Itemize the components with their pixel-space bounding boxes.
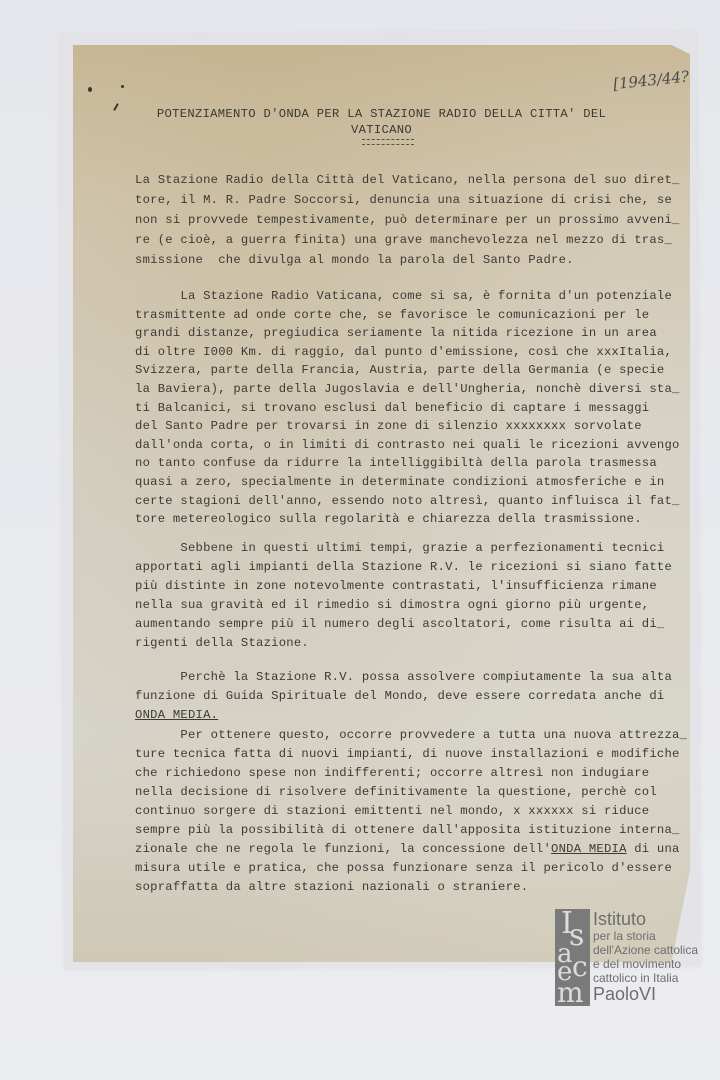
document-title-line-2: VATICANO xyxy=(73,123,690,137)
underlined-onda-media: ONDA MEDIA xyxy=(551,842,627,856)
text-line: nella sua gravità ed il rimedio si dimos… xyxy=(135,598,649,612)
text-line: aumentando sempre più il numero degli as… xyxy=(135,617,664,631)
text-line: funzione di Guida Spirituale del Mondo, … xyxy=(135,689,664,703)
text-segment: di una xyxy=(627,842,680,856)
paragraph-1: La Stazione Radio della Città del Vatica… xyxy=(135,173,165,271)
text-line: Perchè la Stazione R.V. possa assolvere … xyxy=(135,670,672,684)
logo-institution-text: Istituto per la storia dell'Azione catto… xyxy=(593,909,698,1003)
text-line: di oltre I000 Km. di raggio, dal punto d… xyxy=(135,345,672,359)
text-line: che richiedono spese non indifferenti; o… xyxy=(135,766,649,780)
text-line: apportati agli impianti della Stazione R… xyxy=(135,560,672,574)
logo-line: per la storia xyxy=(593,930,698,942)
text-line: sopraffatta da altre stazioni nazionali … xyxy=(135,880,528,894)
text-line: ti Balcanici, si trovano esclusi dal ben… xyxy=(135,401,649,415)
text-line: re (e cioè, a guerra finita) una grave m… xyxy=(135,233,672,247)
text-line: no tanto confuse da ridurre la intelligg… xyxy=(135,456,657,470)
text-line: certe stagioni dell'anno, essendo noto a… xyxy=(135,494,680,508)
logo-line: dell'Azione cattolica xyxy=(593,944,698,956)
text-line: trasmittente ad onde corte che, se favor… xyxy=(135,308,649,322)
text-segment: zionale che ne regola le funzioni, la co… xyxy=(135,842,551,856)
text-line: Per ottenere questo, occorre provvedere … xyxy=(135,728,687,742)
text-line: ture tecnica fatta di nuovi impianti, di… xyxy=(135,747,680,761)
text-line: continuo sorgere di stazioni emittenti n… xyxy=(135,804,649,818)
text-line: più distinte in zone notevolmente contra… xyxy=(135,579,657,593)
text-line: non si provvede tempestivamente, può det… xyxy=(135,213,680,227)
ink-speck xyxy=(121,85,124,88)
handwritten-date-note: [1943/44?] xyxy=(612,67,695,93)
typewritten-page: [1943/44?] POTENZIAMENTO D'ONDA PER LA S… xyxy=(73,45,690,962)
logo-letter: m xyxy=(557,979,584,1007)
text-line: del Santo Padre per trovarsi in zone di … xyxy=(135,419,642,433)
text-line: Svizzera, parte della Francia, Austria, … xyxy=(135,363,664,377)
text-line: rigenti della Stazione. xyxy=(135,636,309,650)
text-line: tore metereologico sulla regolarità e ch… xyxy=(135,512,642,526)
logo-line: cattolico in Italia xyxy=(593,972,698,984)
paragraph-5: Per ottenere questo, occorre provvedere … xyxy=(135,728,165,882)
text-line: quasi a zero, specialmente in determinat… xyxy=(135,475,664,489)
logo-line: PaoloVI xyxy=(593,985,698,1003)
text-line: Sebbene in questi ultimi tempi, grazie a… xyxy=(135,541,664,555)
text-line: tore, il M. R. Padre Soccorsi, denuncia … xyxy=(135,193,672,207)
logo-line: e del movimento xyxy=(593,958,698,970)
isacem-watermark-logo: I s a e c m Istituto per la storia dell'… xyxy=(555,909,720,1009)
title-underline-rule xyxy=(362,139,414,145)
paragraph-2: La Stazione Radio Vaticana, come si sa, … xyxy=(135,289,165,499)
text-line: grandi distanze, pregiudica seriamente l… xyxy=(135,326,657,340)
paragraph-3: Sebbene in questi ultimi tempi, grazie a… xyxy=(135,541,165,653)
text-line: smissione che divulga al mondo la parola… xyxy=(135,253,574,267)
text-line: dall'onda corta, o in limiti di contrast… xyxy=(135,438,680,452)
text-line: La Stazione Radio della Città del Vatica… xyxy=(135,173,680,187)
text-line-with-underline: zionale che ne regola le funzioni, la co… xyxy=(135,842,680,856)
underlined-onda-media: ONDA MEDIA. xyxy=(135,708,218,722)
text-line: La Stazione Radio Vaticana, come si sa, … xyxy=(135,289,672,303)
text-line: misura utile e pratica, che possa funzio… xyxy=(135,861,672,875)
document-title-line-1: POTENZIAMENTO D'ONDA PER LA STAZIONE RAD… xyxy=(73,107,690,121)
ink-speck xyxy=(88,87,92,92)
logo-line: Istituto xyxy=(593,910,698,928)
text-line: nella decisione di risolvere definitivam… xyxy=(135,785,657,799)
text-line: la Baviera), parte della Jugoslavia e de… xyxy=(135,382,680,396)
text-line: sempre più la possibilità di ottenere da… xyxy=(135,823,680,837)
logo-letter-block: I s a e c m xyxy=(555,909,590,1006)
